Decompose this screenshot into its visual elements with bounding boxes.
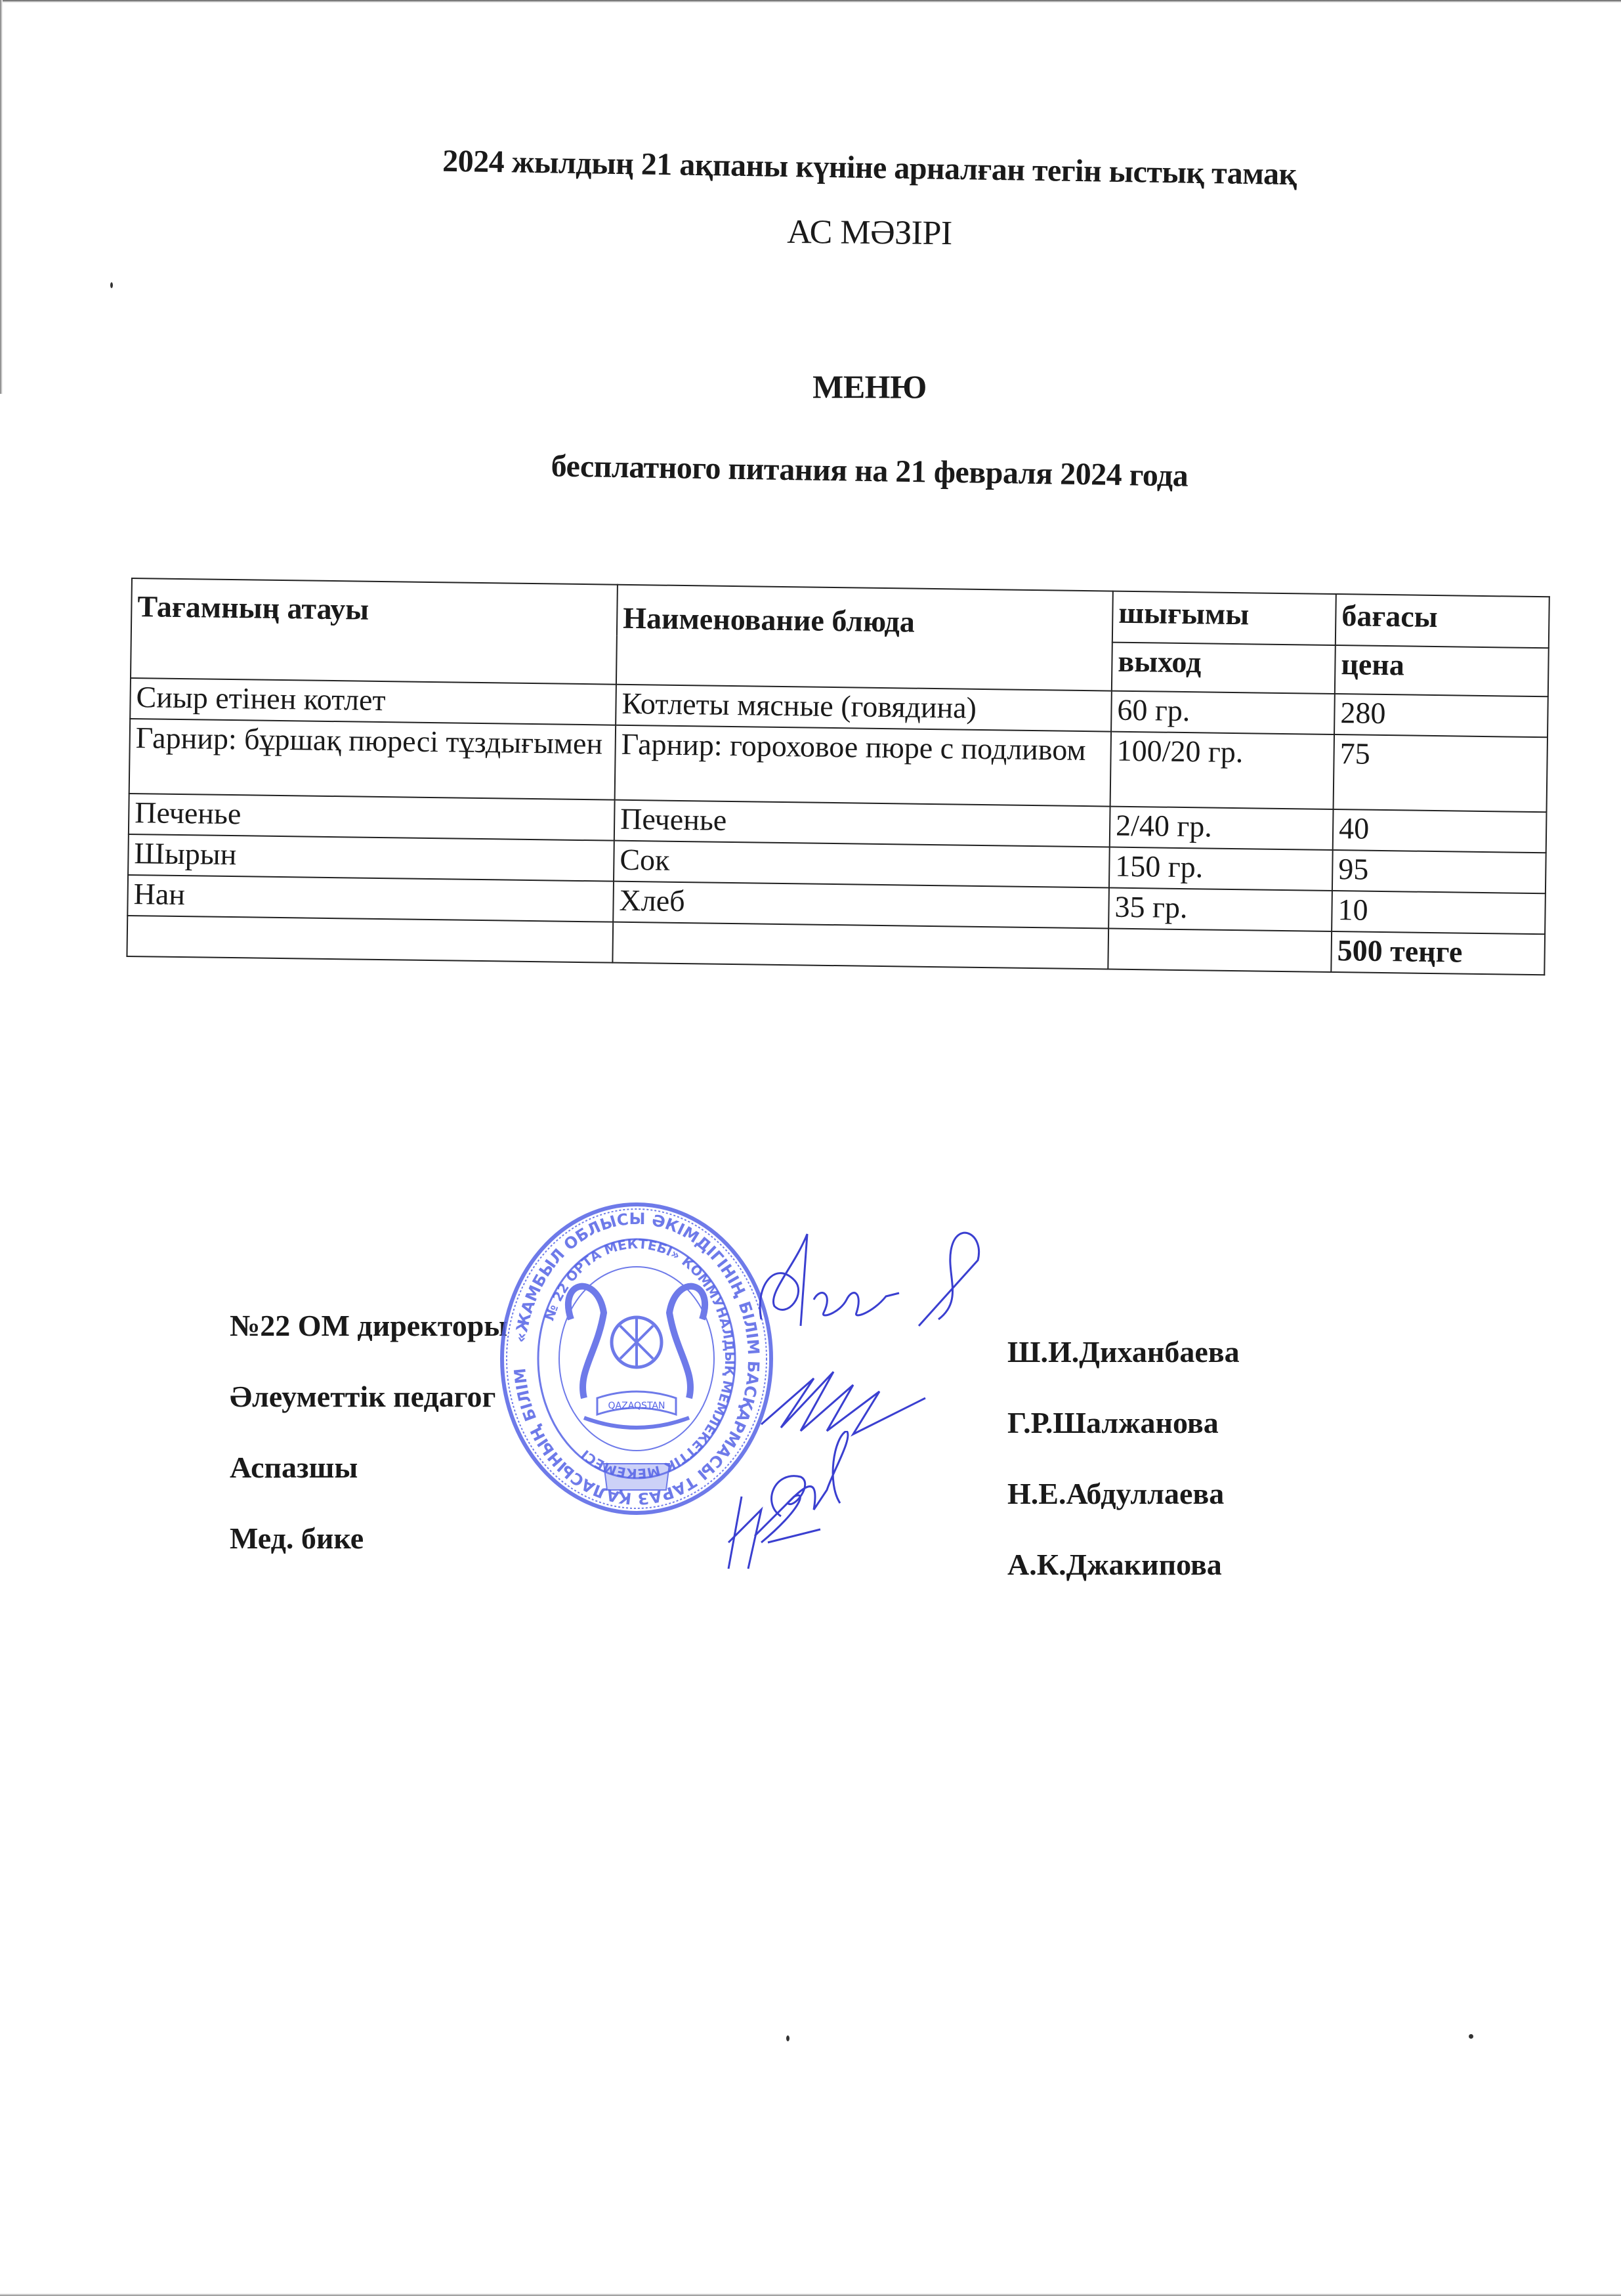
total-price: 500 теңге [1331,931,1545,975]
header-price-ru: цена [1335,645,1549,696]
cell-name-kz: Нан [127,875,614,922]
table-header-row: Тағамның атауы Наименование блюда шығымы… [131,578,1549,648]
cell-empty [612,922,1108,969]
document-subtitle-ru: бесплатного питания на 21 февраля 2024 г… [59,440,1621,502]
cell-empty [1108,929,1332,972]
scan-edge [0,0,1621,3]
cell-price: 75 [1334,734,1547,812]
cell-name-kz: Шырын [128,834,614,882]
name-cook: Н.Е.Абдуллаева [1007,1474,1240,1545]
header-name-ru: Наименование блюда [616,585,1113,691]
name-director: Ш.И.Диханбаева [1007,1332,1240,1403]
cell-yield: 60 гр. [1111,691,1335,734]
cell-yield: 2/40 гр. [1110,807,1334,850]
menu-table-container: Тағамның атауы Наименование блюда шығымы… [126,578,1548,975]
cell-name-ru: Печенье [614,800,1110,847]
cell-price: 10 [1332,891,1546,934]
document-title-kz: 2024 жылдың 21 ақпаны күніне арналған те… [59,137,1621,199]
document-subtitle-kz: АС МӘЗІРІ [59,206,1621,259]
cell-yield: 35 гр. [1108,888,1332,931]
signatory-roles: №22 ОМ директоры Әлеуметтік педагог Аспа… [230,1306,507,1590]
cell-price: 40 [1333,809,1547,853]
scan-edge [0,0,3,394]
signature-director-icon [748,1221,984,1339]
cell-yield: 150 гр. [1109,847,1333,891]
signatory-names: Ш.И.Диханбаева Г.Р.Шалжанова Н.Е.Абдулла… [1007,1332,1240,1616]
official-stamp-icon: «ЖАМБЫЛ ОБЛЫСЫ ӘКІМДІГІНІҢ БІЛІМ БАСҚАРМ… [499,1201,774,1516]
cell-name-kz: Гарнир: бұршақ пюресі тұздығымен [129,719,616,800]
cell-price: 95 [1332,850,1546,893]
signature-nurse-icon [722,1483,827,1575]
svg-text:№ 22 ОРТА МЕКТЕБІ» КОММУНАЛДЫҚ: № 22 ОРТА МЕКТЕБІ» КОММУНАЛДЫҚ МЕМЛЕКЕТТ… [541,1236,738,1482]
menu-table: Тағамның атауы Наименование блюда шығымы… [126,578,1549,975]
cell-name-ru: Сок [614,841,1110,888]
role-social-pedagogue: Әлеуметтік педагог [230,1377,507,1448]
scan-edge [0,2293,1621,2296]
cell-name-ru: Гарнир: гороховое пюре с подливом [615,725,1111,807]
cell-empty [127,916,613,963]
cell-name-kz: Печенье [129,794,615,841]
cell-name-ru: Котлеты мясные (говядина) [616,685,1112,732]
role-nurse: Мед. бике [230,1519,507,1590]
cell-name-kz: Сиыр етінен котлет [130,678,616,725]
cell-yield: 100/20 гр. [1110,732,1334,809]
cell-name-ru: Хлеб [613,882,1109,929]
scan-artifact [1469,2034,1473,2039]
scan-artifact [786,2035,789,2041]
name-social-pedagogue: Г.Р.Шалжанова [1007,1403,1240,1474]
scan-artifact [110,282,113,288]
header-price-kz: бағасы [1336,594,1549,648]
role-director: №22 ОМ директоры [230,1306,507,1377]
signature-social-pedagogue-icon [755,1365,932,1437]
svg-text:QAZAQSTAN: QAZAQSTAN [608,1401,665,1411]
name-nurse: А.К.Джакипова [1007,1545,1240,1616]
header-yield-kz: шығымы [1112,591,1336,646]
header-yield-ru: выход [1112,643,1336,694]
cell-price: 280 [1334,694,1548,737]
header-name-kz: Тағамның атауы [131,578,618,685]
document-title-ru: МЕНЮ [59,368,1621,406]
role-cook: Аспазшы [230,1448,507,1519]
